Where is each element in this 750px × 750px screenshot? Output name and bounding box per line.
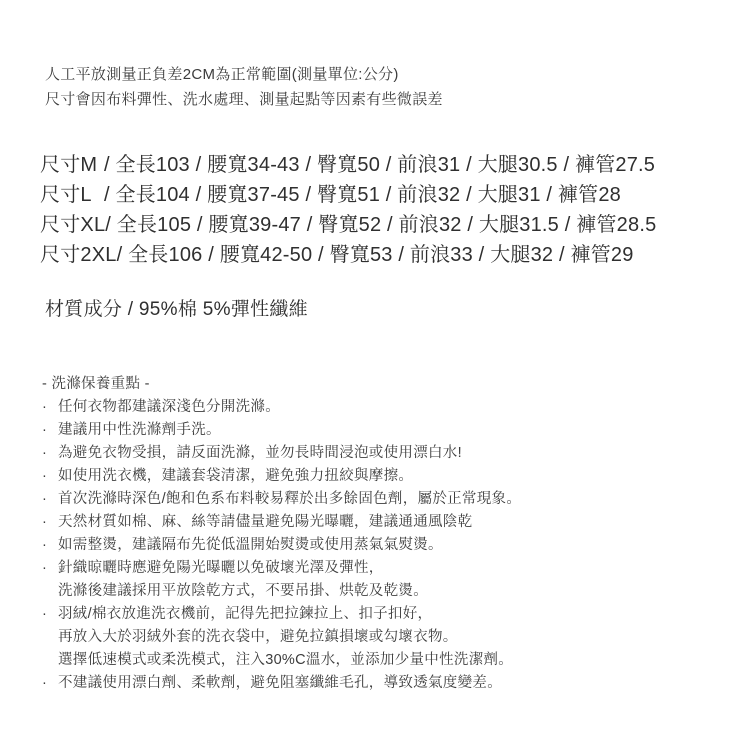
care-item-text: 天然材質如棉、麻、絲等請儘量避免陽光曝曬，建議通通風陰乾 [58, 514, 472, 530]
care-item-text: 洗滌後建議採用平放陰乾方式，不要吊掛、烘乾及乾燙。 [58, 583, 428, 599]
care-item-text: 任何衣物都建議深淺色分開洗滌。 [58, 399, 280, 415]
size-row-l: 尺寸L/ 全長104 / 腰寬37-45 / 臀寬51 / 前浪32 / 大腿3… [40, 180, 656, 210]
care-item-text: 如需整燙，建議隔布先從低溫開始熨燙或使用蒸氣氣熨燙。 [58, 537, 443, 553]
care-item: ·為避免衣物受損，請反面洗滌，並勿長時間浸泡或使用漂白水! [42, 442, 521, 465]
care-item-text: 針織晾曬時應避免陽光曝曬以免破壞光澤及彈性， [58, 560, 384, 576]
size-label-l: 尺寸L [40, 180, 104, 210]
size-specs-l: / 全長104 / 腰寬37-45 / 臀寬51 / 前浪32 / 大腿31 /… [104, 184, 621, 206]
bullet-dot: · [42, 557, 58, 580]
measurement-notice: 人工平放測量正負差2CM為正常範圍(測量單位:公分) 尺寸會因布料彈性、洗水處理… [45, 62, 443, 112]
size-specs-2xl: / 全長106 / 腰寬42-50 / 臀寬53 / 前浪33 / 大腿32 /… [117, 244, 634, 266]
care-item: ·天然材質如棉、麻、絲等請儘量避免陽光曝曬，建議通通風陰乾 [42, 511, 521, 534]
size-row-2xl: 尺寸2XL/ 全長106 / 腰寬42-50 / 臀寬53 / 前浪33 / 大… [40, 240, 656, 270]
size-row-m: 尺寸M/ 全長103 / 腰寬34-43 / 臀寬50 / 前浪31 / 大腿3… [40, 150, 656, 180]
care-item-text: 首次洗滌時深色/飽和色系布料較易釋於出多餘固色劑，屬於正常現象。 [58, 491, 521, 507]
measurement-deviation-line: 尺寸會因布料彈性、洗水處理、測量起點等因素有些微誤差 [45, 87, 443, 112]
care-item: ·首次洗滌時深色/飽和色系布料較易釋於出多餘固色劑，屬於正常現象。 [42, 488, 521, 511]
care-item-text: 選擇低速模式或柔洗模式，注入30%C溫水，並添加少量中性洗潔劑。 [58, 652, 513, 668]
care-instructions: - 洗滌保養重點 - ·任何衣物都建議深淺色分開洗滌。 ·建議用中性洗滌劑手洗。… [42, 373, 521, 695]
material-composition: 材質成分 / 95%棉 5%彈性纖維 [45, 296, 308, 324]
bullet-dot: · [42, 419, 58, 442]
bullet-dot: · [42, 396, 58, 419]
bullet-dot: · [42, 511, 58, 534]
bullet-dot: · [42, 442, 58, 465]
size-label-xl: 尺寸XL [40, 210, 105, 240]
care-item-text: 如使用洗衣機，建議套袋清潔，避免強力扭絞與摩擦。 [58, 468, 413, 484]
care-item: ·羽絨/棉衣放進洗衣機前，記得先把拉鍊拉上、扣子扣好， [42, 603, 521, 626]
product-description-page: 人工平放測量正負差2CM為正常範圍(測量單位:公分) 尺寸會因布料彈性、洗水處理… [0, 0, 750, 750]
size-label-2xl: 尺寸2XL [40, 240, 117, 270]
care-item-continuation: 再放入大於羽絨外套的洗衣袋中，避免拉鎮損壞或勾壞衣物。 [42, 626, 521, 649]
bullet-dot: · [42, 465, 58, 488]
bullet-dot: · [42, 488, 58, 511]
care-item-continuation: 選擇低速模式或柔洗模式，注入30%C溫水，並添加少量中性洗潔劑。 [42, 649, 521, 672]
care-item: ·針織晾曬時應避免陽光曝曬以免破壞光澤及彈性， [42, 557, 521, 580]
care-item: ·如需整燙，建議隔布先從低溫開始熨燙或使用蒸氣氣熨燙。 [42, 534, 521, 557]
care-item: ·建議用中性洗滌劑手洗。 [42, 419, 521, 442]
size-chart: 尺寸M/ 全長103 / 腰寬34-43 / 臀寬50 / 前浪31 / 大腿3… [40, 150, 656, 270]
measurement-tolerance-line: 人工平放測量正負差2CM為正常範圍(測量單位:公分) [45, 62, 443, 87]
care-heading: - 洗滌保養重點 - [42, 373, 521, 396]
bullet-dot: · [42, 672, 58, 695]
care-item: ·不建議使用漂白劑、柔軟劑，避免阻塞纖維毛孔，導致透氣度變差。 [42, 672, 521, 695]
care-item: ·任何衣物都建議深淺色分開洗滌。 [42, 396, 521, 419]
bullet-dot: · [42, 534, 58, 557]
size-row-xl: 尺寸XL/ 全長105 / 腰寬39-47 / 臀寬52 / 前浪32 / 大腿… [40, 210, 656, 240]
care-item-text: 羽絨/棉衣放進洗衣機前，記得先把拉鍊拉上、扣子扣好， [58, 606, 432, 622]
size-specs-m: / 全長103 / 腰寬34-43 / 臀寬50 / 前浪31 / 大腿30.5… [104, 154, 655, 176]
care-item-text: 再放入大於羽絨外套的洗衣袋中，避免拉鎮損壞或勾壞衣物。 [58, 629, 458, 645]
size-specs-xl: / 全長105 / 腰寬39-47 / 臀寬52 / 前浪32 / 大腿31.5… [105, 214, 656, 236]
care-item-text: 建議用中性洗滌劑手洗。 [58, 422, 221, 438]
care-item-text: 不建議使用漂白劑、柔軟劑，避免阻塞纖維毛孔，導致透氣度變差。 [58, 675, 502, 691]
care-item-continuation: 洗滌後建議採用平放陰乾方式，不要吊掛、烘乾及乾燙。 [42, 580, 521, 603]
care-item-text: 為避免衣物受損，請反面洗滌，並勿長時間浸泡或使用漂白水! [58, 445, 462, 461]
size-label-m: 尺寸M [40, 150, 104, 180]
bullet-dot: · [42, 603, 58, 626]
care-item: ·如使用洗衣機，建議套袋清潔，避免強力扭絞與摩擦。 [42, 465, 521, 488]
